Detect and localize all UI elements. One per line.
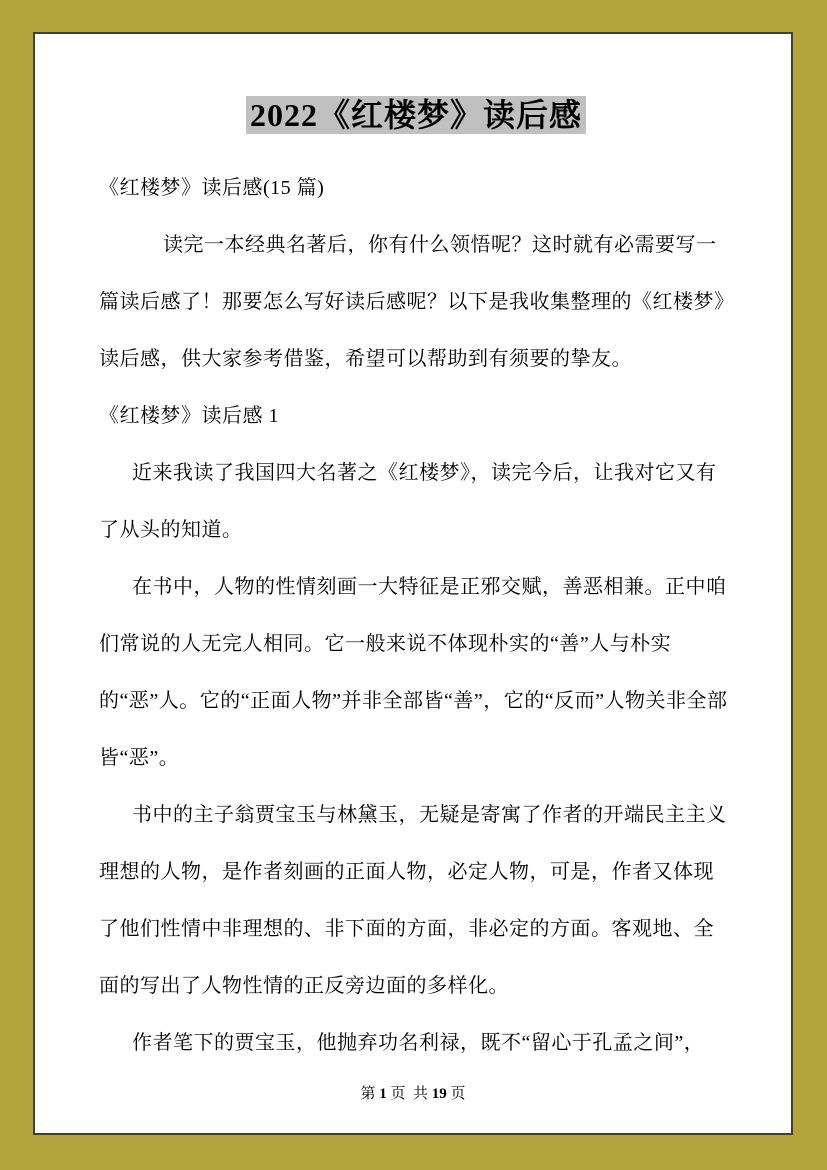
paragraph: 作者笔下的贾宝玉，他抛弃功名利禄，既不“留心于孔孟之间”， <box>99 1015 733 1072</box>
section-heading: 《红楼梦》读后感 1 <box>99 388 733 445</box>
paragraph: 书中的主子翁贾宝玉与林黛玉，无疑是寄寓了作者的开端民主主义理想的人物，是作者刻画… <box>99 787 733 1015</box>
footer-total-label: 共 <box>413 1086 428 1102</box>
footer-page-unit: 页 <box>390 1086 405 1102</box>
footer-page-label: 第 <box>360 1086 375 1102</box>
footer-total-unit: 页 <box>451 1086 466 1102</box>
footer-current-page: 1 <box>379 1086 387 1102</box>
paragraph: 近来我读了我国四大名著之《红楼梦》，读完今后，让我对它又有了从头的知道。 <box>99 445 733 559</box>
page-title: 2022《红楼梦》读后感 <box>99 92 733 138</box>
title-highlight: 2022《红楼梦》读后感 <box>246 96 586 134</box>
document-viewer: { "frame": { "background_color": "#b3a43… <box>0 0 827 1170</box>
page-content: 2022《红楼梦》读后感 《红楼梦》读后感(15 篇) 读完一本经典名著后，你有… <box>99 34 733 1072</box>
paragraph: 读完一本经典名著后，你有什么领悟呢？这时就有必需要写一篇读后感了！那要怎么写好读… <box>99 217 733 388</box>
document-page: 2022《红楼梦》读后感 《红楼梦》读后感(15 篇) 读完一本经典名著后，你有… <box>33 32 793 1135</box>
paragraph: 在书中，人物的性情刻画一大特征是正邪交赋，善恶相兼。正中咱们常说的人无完人相同。… <box>99 559 733 787</box>
page-footer: 第 1 页 共 19 页 <box>35 1085 791 1103</box>
doc-subtitle: 《红楼梦》读后感(15 篇) <box>99 160 733 217</box>
footer-total-pages: 19 <box>432 1086 447 1102</box>
